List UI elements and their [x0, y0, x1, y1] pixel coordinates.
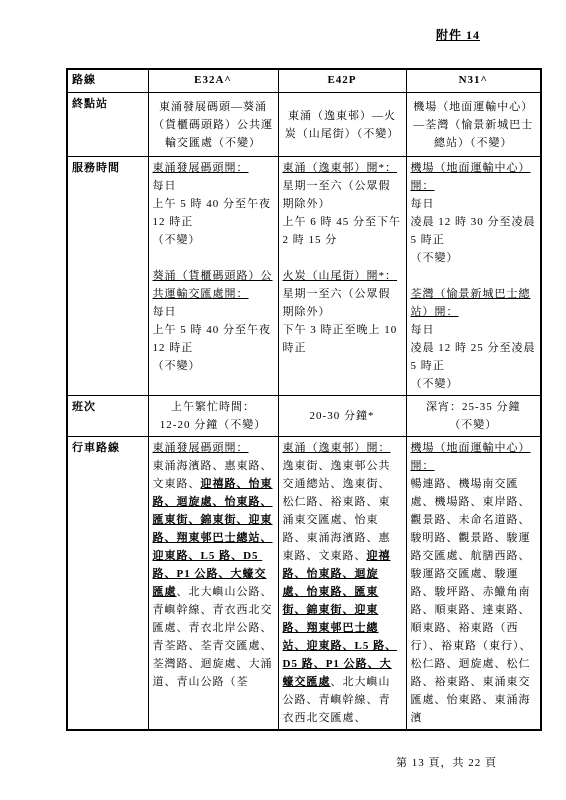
row-label: 行車路線 — [67, 437, 148, 731]
route-table-container: 路線E32A^E42PN31^終點站東涌發展碼頭—葵涌（貨櫃碼頭路）公共運輸交匯… — [66, 68, 542, 731]
text-segment: 上午繁忙時間： 12-20 分鐘（不變） — [160, 401, 266, 431]
text-segment: 東涌（逸東邨）—火炭（山尾街）（不變） — [285, 110, 400, 140]
new-route-section-text: 迎禧路、怡東路、迴旋處、怡東路、匯東街、錦東街、迎東路、翔東邨巴士總站、迎東路、… — [153, 478, 273, 598]
corner-header-route: 路線 — [67, 69, 148, 93]
row-label: 服務時間 — [67, 157, 148, 396]
table-cell: 東涌發展碼頭—葵涌（貨櫃碼頭路）公共運輸交匯處（不變） — [148, 93, 278, 157]
terminus-heading-text: 東涌發展碼頭開： — [153, 162, 249, 174]
new-route-section-text: 迎禧路、怡東路、迴旋處、怡東路、匯東街、錦東街、迎東路、翔東邨巴士總站、迎東路、… — [283, 550, 398, 688]
text-segment: 每日 凌晨 12 時 25 分至凌晨 5 時正 （不變） — [411, 324, 540, 390]
text-segment: 星期一至六（公眾假期除外） 下午 3 時正至晚上 10 時正 — [283, 288, 402, 354]
terminus-heading-text: 機場（地面運輸中心）開： — [411, 162, 531, 192]
attachment-label: 附件 14 — [436, 26, 480, 44]
table-cell: 機場（地面運輸中心）開： 每日 凌晨 12 時 30 分至凌晨 5 時正 （不變… — [406, 157, 541, 396]
table-cell: 上午繁忙時間： 12-20 分鐘（不變） — [148, 396, 278, 437]
text-segment: 、北大嶼山公路、青嶼幹線、青衣西北交匯處、青衣北岸公路、青荃路、荃青交匯處、荃灣… — [153, 586, 273, 688]
text-segment: 每日 上午 5 時 40 分至午夜 12 時正 （不變） — [153, 306, 275, 372]
terminus-heading-text: 葵涌（貨櫃碼頭路）公共運輸交匯處開： — [153, 270, 273, 300]
table-row: 服務時間東涌發展碼頭開： 每日 上午 5 時 40 分至午夜 12 時正 （不變… — [67, 157, 541, 396]
table-cell: 東涌（逸東邨）—火炭（山尾街）（不變） — [278, 93, 406, 157]
table-cell: 機場（地面運輸中心）—荃灣（愉景新城巴士總站）（不變） — [406, 93, 541, 157]
text-segment: 東涌發展碼頭—葵涌（貨櫃碼頭路）公共運輸交匯處（不變） — [153, 101, 273, 149]
table-cell: 東涌（逸東邨）開： 逸東街、逸東邨公共交通總站、逸東街、松仁路、裕東路、東涌東交… — [278, 437, 406, 731]
terminus-heading-text: 東涌發展碼頭開： — [153, 442, 249, 454]
row-label: 班次 — [67, 396, 148, 437]
terminus-heading-text: 機場（地面運輸中心）開： — [411, 442, 531, 472]
route-header: E32A^ — [148, 69, 278, 93]
terminus-heading-text: 東涌（逸東邨）開*： — [283, 162, 398, 174]
text-segment: 星期一至六（公眾假期除外） 上午 6 時 45 分至下午 2 時 15 分 — [283, 180, 405, 246]
table-cell: 20-30 分鐘* — [278, 396, 406, 437]
table-row: 行車路線東涌發展碼頭開： 東涌海濱路、惠東路、文東路、迎禧路、怡東路、迴旋處、怡… — [67, 437, 541, 731]
row-label: 終點站 — [67, 93, 148, 157]
terminus-heading-text: 荃灣（愉景新城巴士總站）開： — [411, 288, 531, 318]
route-header: N31^ — [406, 69, 541, 93]
text-segment: 每日 上午 5 時 40 分至午夜 12 時正 （不變） — [153, 180, 275, 246]
text-segment: 機場（地面運輸中心）—荃灣（愉景新城巴士總站）（不變） — [413, 101, 533, 149]
text-segment: 深宵：25-35 分鐘 （不變） — [426, 401, 520, 431]
text-segment: 每日 凌晨 12 時 30 分至凌晨 5 時正 （不變） — [411, 198, 540, 264]
table-row: 班次上午繁忙時間： 12-20 分鐘（不變）20-30 分鐘*深宵：25-35 … — [67, 396, 541, 437]
table-cell: 深宵：25-35 分鐘 （不變） — [406, 396, 541, 437]
table-cell: 東涌（逸東邨）開*： 星期一至六（公眾假期除外） 上午 6 時 45 分至下午 … — [278, 157, 406, 396]
route-table: 路線E32A^E42PN31^終點站東涌發展碼頭—葵涌（貨櫃碼頭路）公共運輸交匯… — [66, 68, 542, 731]
terminus-heading-text: 東涌（逸東邨）開： — [283, 442, 391, 454]
page-number: 第 13 頁，共 22 頁 — [396, 754, 497, 772]
terminus-heading-text: 火炭（山尾街）開*： — [283, 270, 398, 282]
text-segment: 暢連路、機場南交匯處、機場路、東岸路、觀景路、未命名道路、駿明路、觀景路、駿運路… — [411, 478, 532, 724]
text-segment: 20-30 分鐘* — [310, 410, 375, 422]
table-row: 終點站東涌發展碼頭—葵涌（貨櫃碼頭路）公共運輸交匯處（不變）東涌（逸東邨）—火炭… — [67, 93, 541, 157]
table-cell: 機場（地面運輸中心）開： 暢連路、機場南交匯處、機場路、東岸路、觀景路、未命名道… — [406, 437, 541, 731]
text-segment: 逸東街、逸東邨公共交通總站、逸東街、松仁路、裕東路、東涌東交匯處、怡東路、東涌海… — [283, 460, 391, 562]
table-cell: 東涌發展碼頭開： 每日 上午 5 時 40 分至午夜 12 時正 （不變） 葵涌… — [148, 157, 278, 396]
route-header: E42P — [278, 69, 406, 93]
table-cell: 東涌發展碼頭開： 東涌海濱路、惠東路、文東路、迎禧路、怡東路、迴旋處、怡東路、匯… — [148, 437, 278, 731]
